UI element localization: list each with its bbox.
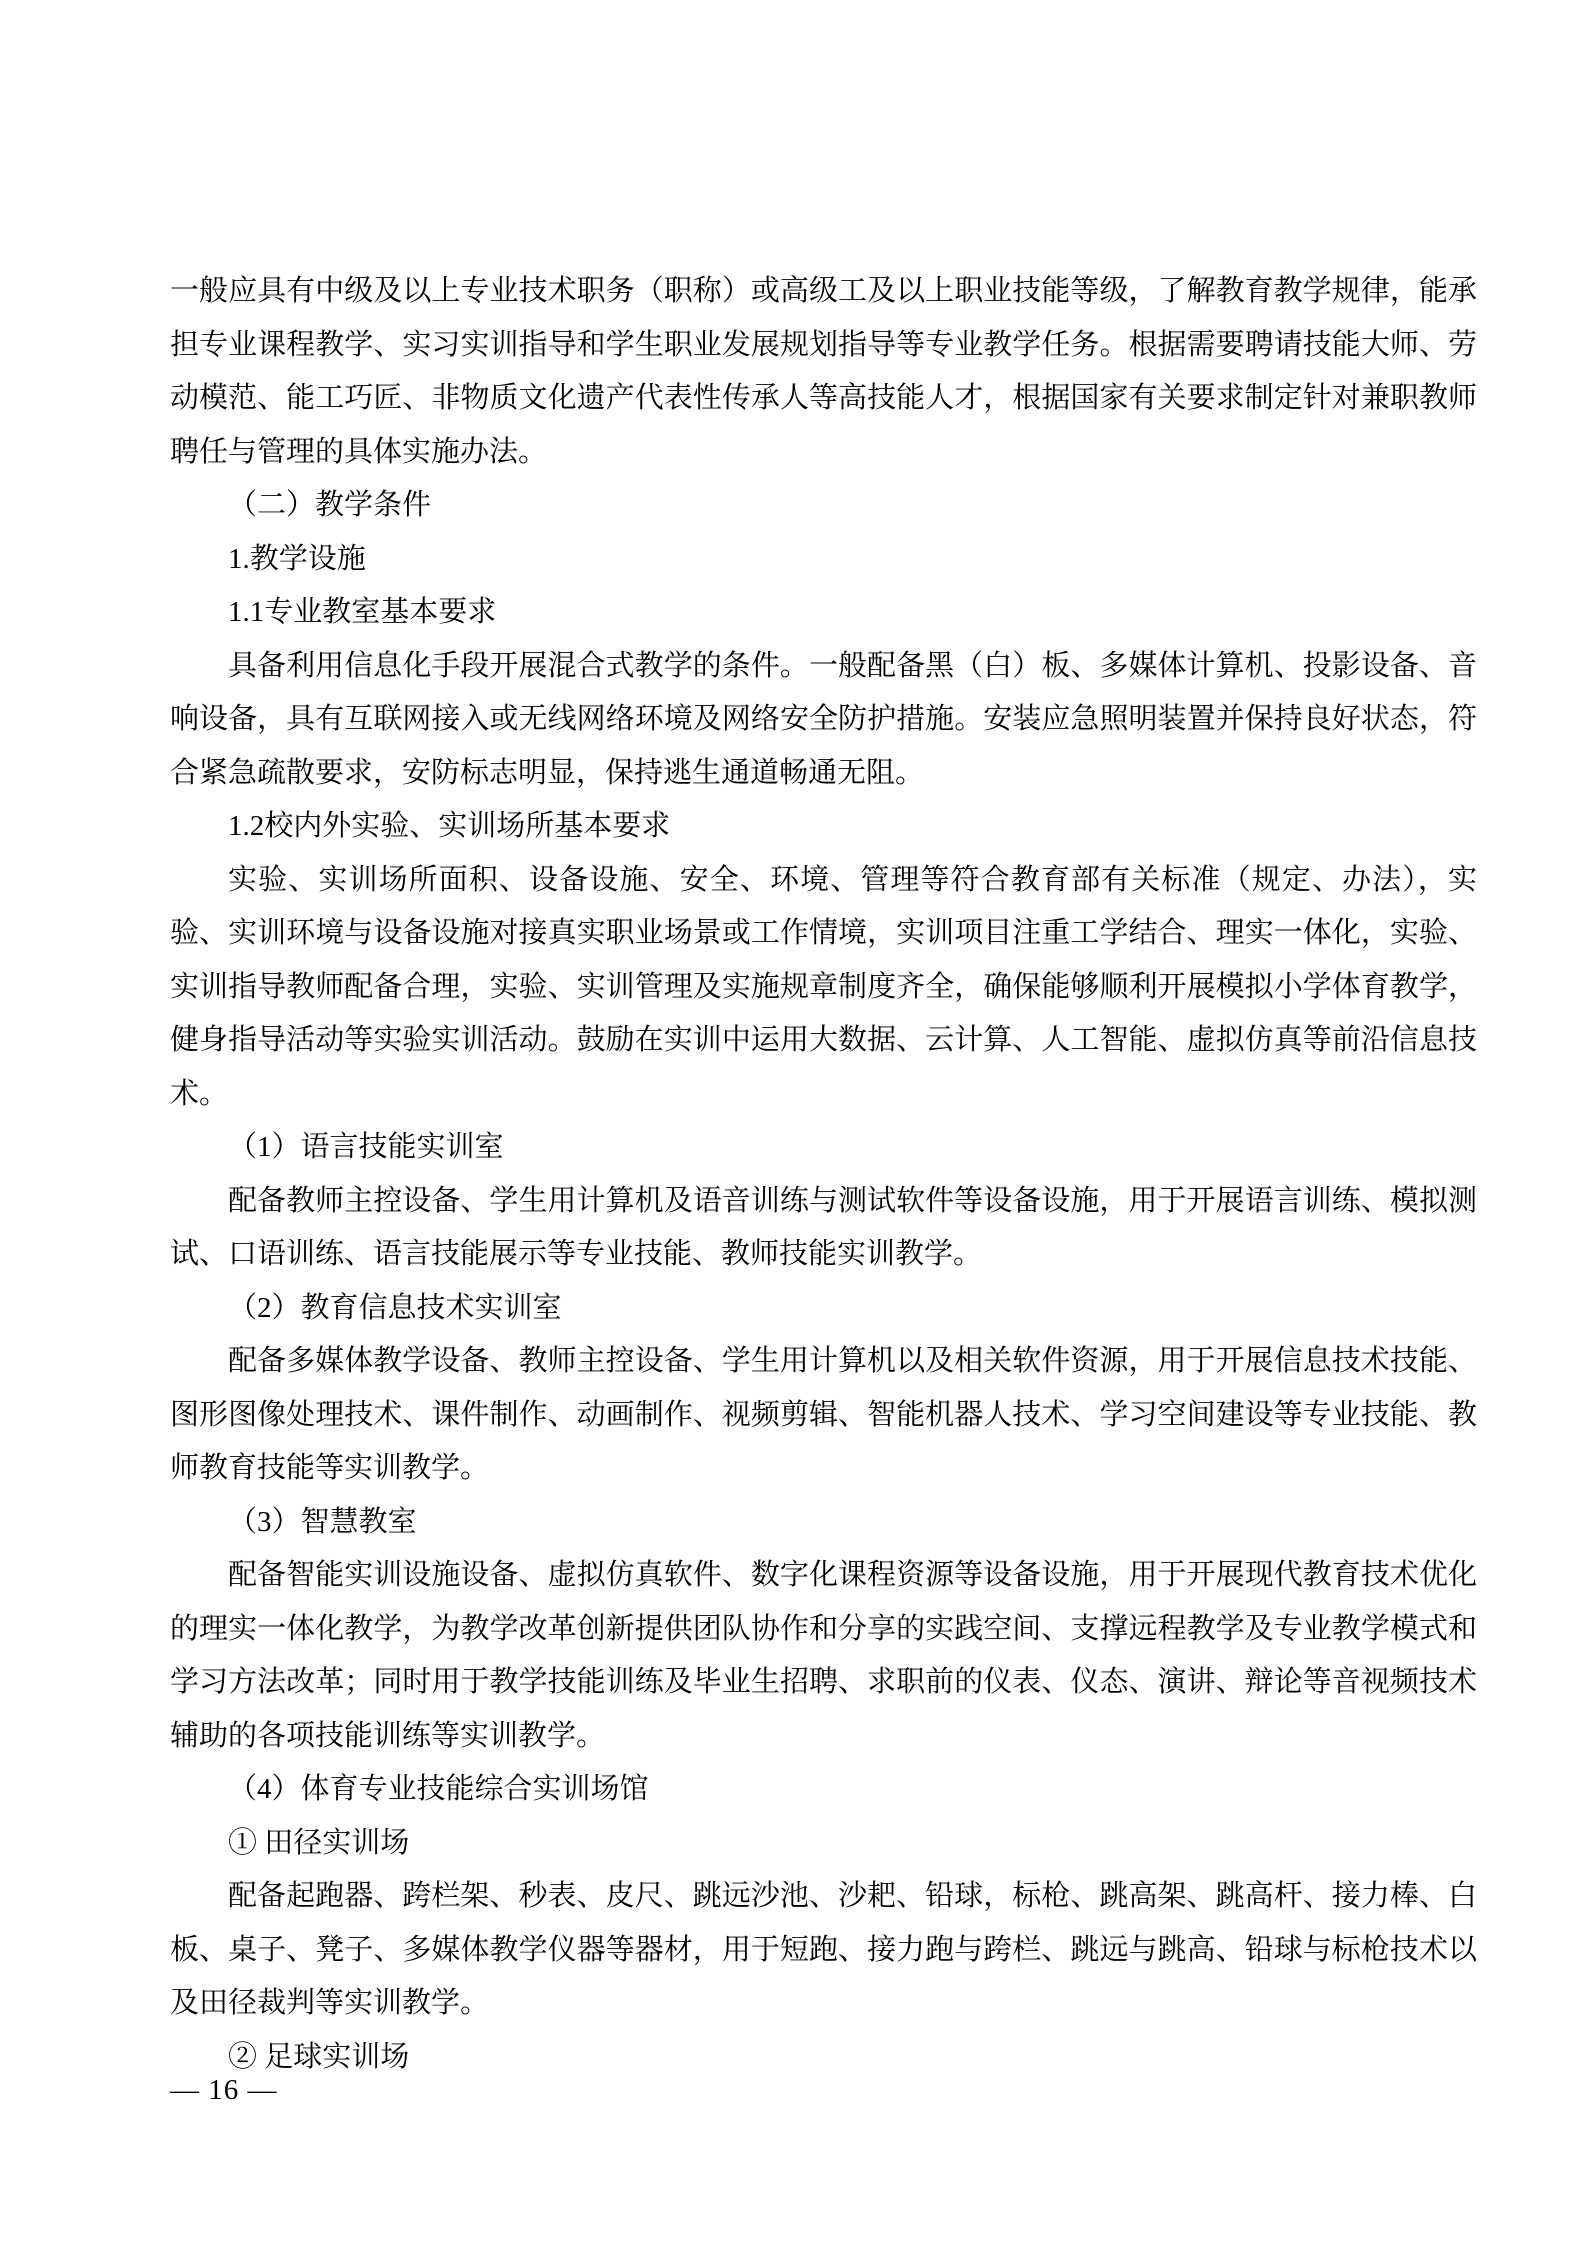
heading-circle-2-football-training-ground: ② 足球实训场 (170, 2031, 1477, 2085)
paragraph-language-training-room-equipment: 配备教师主控设备、学生用计算机及语音训练与测试软件等设备设施，用于开展语言训练、… (170, 1175, 1477, 1282)
heading-1-1-classroom-basic-requirements: 1.1专业教室基本要求 (170, 586, 1477, 640)
paragraph-classroom-requirements: 具备利用信息化手段开展混合式教学的条件。一般配备黑（白）板、多媒体计算机、投影设… (170, 640, 1477, 801)
document-page: 一般应具有中级及以上专业技术职务（职称）或高级工及以上职业技能等级，了解教育教学… (0, 0, 1587, 2245)
heading-section-2-teaching-conditions: （二）教学条件 (170, 479, 1477, 533)
heading-item-2-education-it-training-room: （2）教育信息技术实训室 (170, 1282, 1477, 1336)
paragraph-part-time-teacher-policy: 一般应具有中级及以上专业技术职务（职称）或高级工及以上职业技能等级，了解教育教学… (170, 265, 1477, 479)
heading-1-2-lab-training-site-requirements: 1.2校内外实验、实训场所基本要求 (170, 800, 1477, 854)
heading-item-1-language-skills-training-room: （1）语言技能实训室 (170, 1121, 1477, 1175)
heading-item-3-smart-classroom: （3）智慧教室 (170, 1496, 1477, 1550)
paragraph-track-and-field-equipment: 配备起跑器、跨栏架、秒表、皮尺、跳远沙池、沙耙、铅球，标枪、跳高架、跳高杆、接力… (170, 1870, 1477, 2031)
paragraph-smart-classroom-equipment: 配备智能实训设施设备、虚拟仿真软件、数字化课程资源等设备设施，用于开展现代教育技… (170, 1549, 1477, 1763)
paragraph-lab-training-requirements: 实验、实训场所面积、设备设施、安全、环境、管理等符合教育部有关标准（规定、办法）… (170, 854, 1477, 1122)
heading-item-4-pe-skills-training-venues: （4）体育专业技能综合实训场馆 (170, 1763, 1477, 1817)
heading-circle-1-track-and-field-training-ground: ① 田径实训场 (170, 1817, 1477, 1871)
paragraph-education-it-training-room-equipment: 配备多媒体教学设备、教师主控设备、学生用计算机以及相关软件资源，用于开展信息技术… (170, 1335, 1477, 1496)
heading-1-teaching-facilities: 1.教学设施 (170, 533, 1477, 587)
document-body: 一般应具有中级及以上专业技术职务（职称）或高级工及以上职业技能等级，了解教育教学… (170, 265, 1477, 2084)
page-number: — 16 — (170, 2072, 278, 2108)
